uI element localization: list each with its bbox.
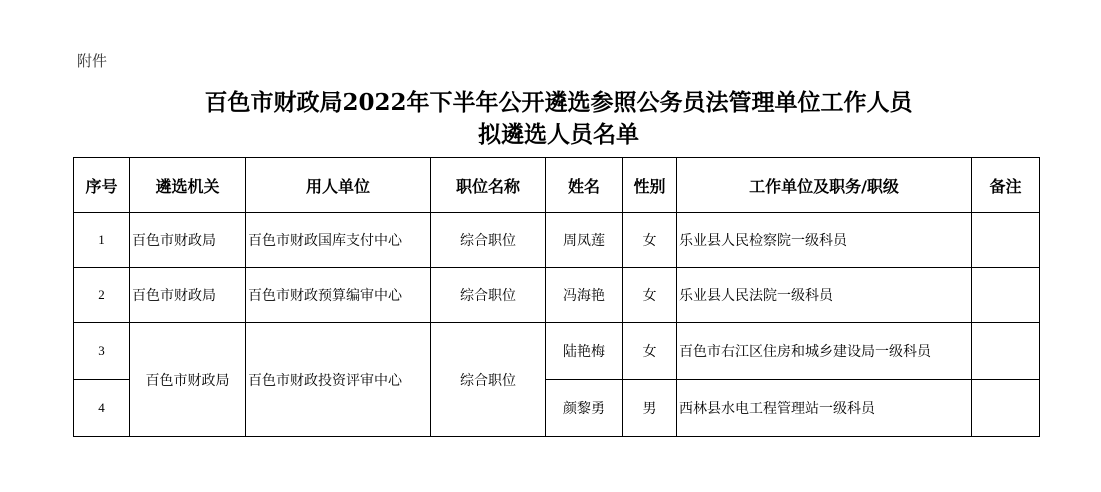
cell-name: 周凤莲 (546, 213, 623, 268)
cell-remark (972, 268, 1040, 323)
table-row: 3 百色市财政局 百色市财政投资评审中心 综合职位 陆艳梅 女 百色市右江区住房… (74, 323, 1040, 380)
cell-gender: 女 (623, 268, 677, 323)
cell-position-merged: 综合职位 (431, 323, 546, 437)
cell-no: 4 (74, 380, 130, 437)
header-remark: 备注 (972, 158, 1040, 213)
header-agency: 遴选机关 (130, 158, 246, 213)
table-row: 1 百色市财政局 百色市财政国库支付中心 综合职位 周凤莲 女 乐业县人民检察院… (74, 213, 1040, 268)
attachment-label: 附件 (77, 50, 107, 71)
cell-remark (972, 323, 1040, 380)
header-name: 姓名 (546, 158, 623, 213)
cell-gender: 女 (623, 213, 677, 268)
header-no: 序号 (74, 158, 130, 213)
header-current-job: 工作单位及职务/职级 (677, 158, 972, 213)
cell-name: 冯海艳 (546, 268, 623, 323)
cell-agency: 百色市财政局 (130, 268, 246, 323)
cell-current-job: 百色市右江区住房和城乡建设局一级科员 (677, 323, 972, 380)
document-title-line2: 拟遴选人员名单 (8, 116, 1101, 149)
table-row: 2 百色市财政局 百色市财政预算编审中心 综合职位 冯海艳 女 乐业县人民法院一… (74, 268, 1040, 323)
cell-current-job: 西林县水电工程管理站一级科员 (677, 380, 972, 437)
cell-name: 颜黎勇 (546, 380, 623, 437)
cell-unit: 百色市财政预算编审中心 (246, 268, 431, 323)
cell-unit: 百色市财政国库支付中心 (246, 213, 431, 268)
cell-name: 陆艳梅 (546, 323, 623, 380)
cell-remark (972, 213, 1040, 268)
candidate-table: 序号 遴选机关 用人单位 职位名称 姓名 性别 工作单位及职务/职级 备注 1 … (73, 157, 1040, 437)
cell-agency: 百色市财政局 (130, 213, 246, 268)
header-position: 职位名称 (431, 158, 546, 213)
cell-agency-merged: 百色市财政局 (130, 323, 246, 437)
cell-no: 1 (74, 213, 130, 268)
document-title-line1: 百色市财政局2022年下半年公开遴选参照公务员法管理单位工作人员 (8, 84, 1101, 117)
cell-remark (972, 380, 1040, 437)
cell-position: 综合职位 (431, 213, 546, 268)
header-unit: 用人单位 (246, 158, 431, 213)
cell-position: 综合职位 (431, 268, 546, 323)
cell-no: 3 (74, 323, 130, 380)
cell-no: 2 (74, 268, 130, 323)
cell-gender: 男 (623, 380, 677, 437)
cell-current-job: 乐业县人民法院一级科员 (677, 268, 972, 323)
header-gender: 性别 (623, 158, 677, 213)
cell-unit-merged: 百色市财政投资评审中心 (246, 323, 431, 437)
cell-current-job: 乐业县人民检察院一级科员 (677, 213, 972, 268)
cell-gender: 女 (623, 323, 677, 380)
table-header-row: 序号 遴选机关 用人单位 职位名称 姓名 性别 工作单位及职务/职级 备注 (74, 158, 1040, 213)
